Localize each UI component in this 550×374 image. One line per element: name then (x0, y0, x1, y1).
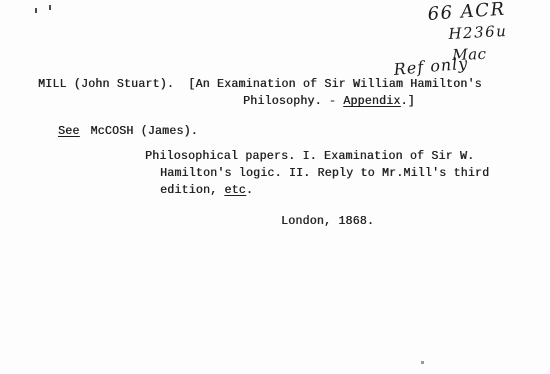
see-target: McCOSH (James). (90, 125, 197, 138)
catalog-card: 66 ACR H236u Mac Ref only MILL (John Stu… (0, 0, 550, 374)
handwritten-shelfmark-line-2: H236u (448, 22, 508, 43)
body-line-1: Philosophical papers. I. Examination of … (145, 150, 474, 164)
see-label: See (58, 125, 79, 138)
heading-appendix-underlined: Appendix (343, 95, 400, 108)
ink-speck (35, 8, 37, 13)
body-line-2: Hamilton's logic. II. Reply to Mr.Mill's… (160, 167, 489, 181)
heading-line-2: Philosophy. - Appendix.] (243, 95, 415, 109)
see-reference-line: SeeMcCOSH (James). (58, 125, 198, 139)
handwritten-shelfmark-line-1: 66 ACR (427, 0, 506, 25)
ink-speck (49, 5, 51, 10)
imprint-line: London, 1868. (281, 215, 374, 229)
heading-line-2-post: .] (400, 95, 414, 108)
body-line-3-pre: edition, (160, 184, 224, 197)
body-line-3: edition, etc. (160, 184, 253, 198)
handwritten-ref-only-annotation: Ref only (393, 53, 469, 78)
ink-speck (421, 361, 424, 364)
heading-line-1: MILL (John Stuart). [An Examination of S… (38, 78, 482, 92)
heading-line-2-pre: Philosophy. - (243, 95, 343, 108)
etc-underlined: etc (224, 184, 245, 197)
body-line-3-post: . (246, 184, 253, 197)
